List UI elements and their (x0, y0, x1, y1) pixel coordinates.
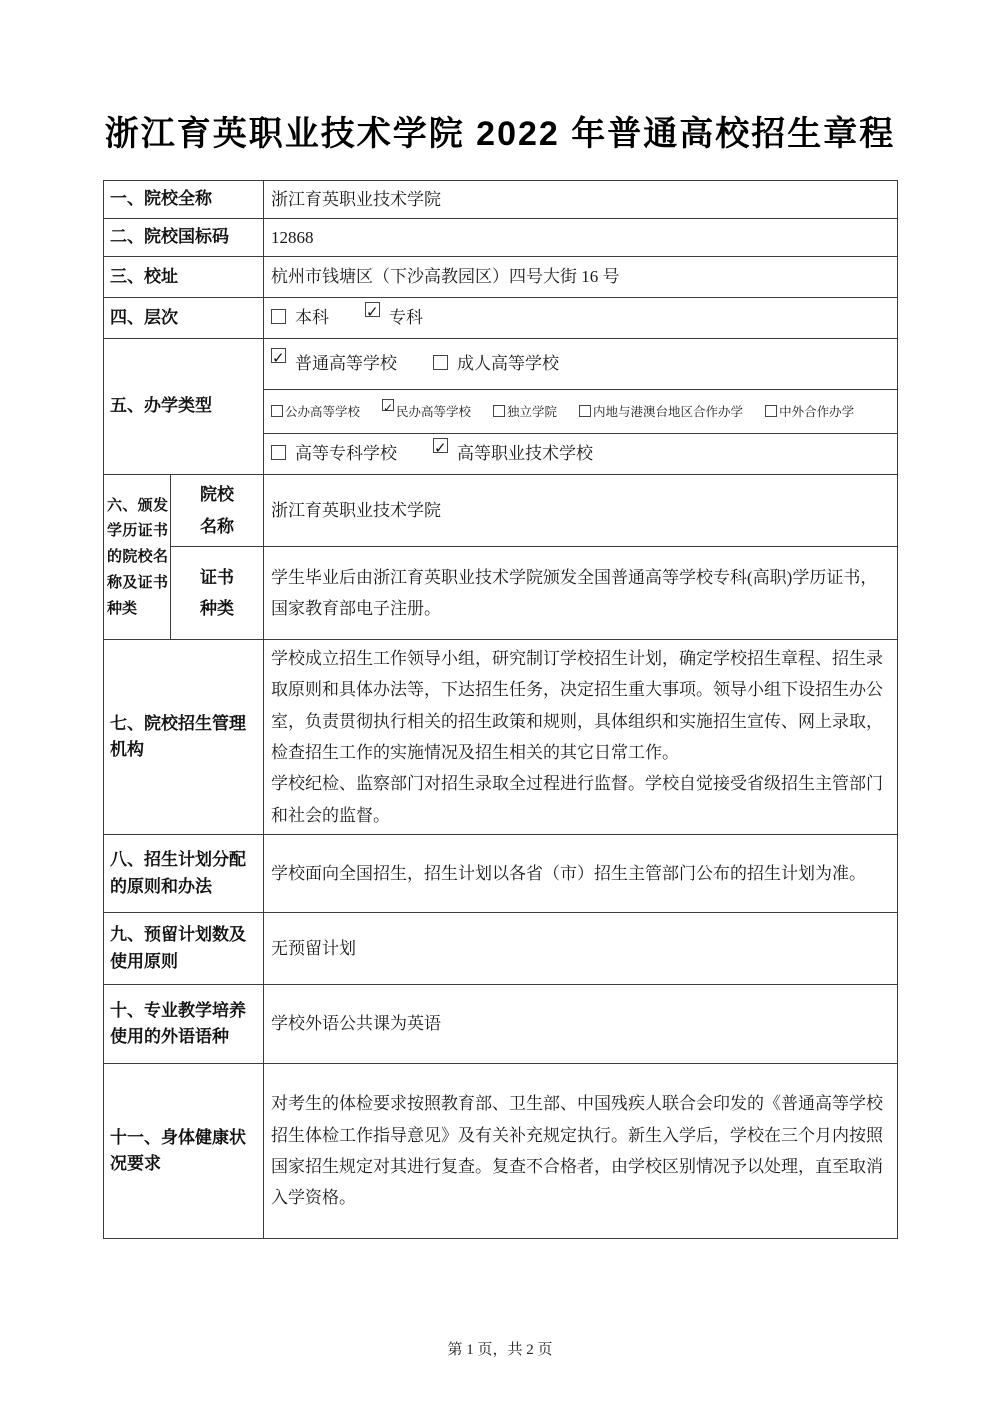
table-row: 七、院校招生管理机构 学校成立招生工作领导小组，研究制订学校招生计划，确定学校招… (104, 640, 898, 835)
table-row: 六、颁发学历证书的院校名称及证书种类 院校名称 浙江育英职业技术学院 (104, 475, 898, 547)
checkbox-option: 独立学院 (493, 405, 557, 419)
checkbox-unchecked-icon (579, 405, 591, 417)
row-label: 二、院校国标码 (104, 219, 264, 257)
checkbox-label: 公办高等学校 (285, 405, 360, 419)
checkbox-unchecked-icon (765, 405, 777, 417)
checkbox-checked-icon (433, 438, 448, 453)
table-row: 十一、身体健康状况要求 对考生的体检要求按照教育部、卫生部、中国残疾人联合会印发… (104, 1064, 898, 1239)
checkbox-label: 内地与港澳台地区合作办学 (593, 405, 743, 419)
row-label: 五、办学类型 (104, 339, 264, 475)
page-number: 第 1 页，共 2 页 (0, 1338, 1000, 1359)
table-row: 证书种类 学生毕业后由浙江育英职业技术学院颁发全国普通高等学校专科(高职)学历证… (104, 547, 898, 640)
table-row: 十、专业教学培养使用的外语语种 学校外语公共课为英语 (104, 985, 898, 1064)
checkbox-row: 普通高等学校成人高等学校 (264, 339, 898, 390)
row-label: 十一、身体健康状况要求 (104, 1064, 264, 1239)
row-label: 四、层次 (104, 298, 264, 339)
checkbox-label: 成人高等学校 (457, 354, 559, 373)
sub-row-label-text: 院校名称 (199, 479, 236, 542)
row-value: 学校成立招生工作领导小组，研究制订学校招生计划，确定学校招生章程、招生录取原则和… (264, 640, 898, 835)
checkbox-checked-icon (271, 348, 286, 363)
checkbox-option: 高等专科学校 (271, 444, 397, 463)
document-page: 浙江育英职业技术学院 2022 年普通高校招生章程 一、院校全称 浙江育英职业技… (0, 0, 1000, 1414)
row-value: 学校外语公共课为英语 (264, 985, 898, 1064)
checkbox-label: 本科 (295, 308, 329, 327)
checkbox-option: 专科 (365, 308, 423, 327)
checkbox-checked-icon (382, 399, 394, 411)
row-value: 学校面向全国招生，招生计划以各省（市）招生主管部门公布的招生计划为准。 (264, 835, 898, 913)
checkbox-label: 高等专科学校 (295, 444, 397, 463)
checkbox-option: 成人高等学校 (433, 354, 559, 373)
checkbox-label: 专科 (389, 308, 423, 327)
checkbox-unchecked-icon (271, 445, 286, 460)
checkbox-option: 内地与港澳台地区合作办学 (579, 405, 743, 419)
checkbox-unchecked-icon (433, 355, 448, 370)
checkbox-checked-icon (365, 302, 380, 317)
row-value: 对考生的体检要求按照教育部、卫生部、中国残疾人联合会印发的《普通高等学校招生体检… (264, 1064, 898, 1239)
row-value: 浙江育英职业技术学院 (264, 475, 898, 547)
checkbox-label: 普通高等学校 (295, 354, 397, 373)
row-value: 学生毕业后由浙江育英职业技术学院颁发全国普通高等学校专科(高职)学历证书，国家教… (264, 547, 898, 640)
checkbox-label: 中外合作办学 (779, 405, 854, 419)
checkbox-label: 独立学院 (507, 405, 557, 419)
sub-row-label: 院校名称 (171, 475, 264, 547)
sub-row-label-text: 证书种类 (199, 562, 236, 625)
checkbox-row: 本科专科 (264, 298, 898, 339)
row-value: 12868 (264, 219, 898, 257)
table-row: 二、院校国标码 12868 (104, 219, 898, 257)
paragraph: 学校成立招生工作领导小组，研究制订学校招生计划，确定学校招生章程、招生录取原则和… (271, 643, 890, 769)
checkbox-option: 高等职业技术学校 (433, 444, 593, 463)
charter-table: 一、院校全称 浙江育英职业技术学院 二、院校国标码 12868 三、校址 杭州市… (103, 180, 898, 1239)
checkbox-row: 高等专科学校高等职业技术学校 (264, 434, 898, 475)
checkbox-unchecked-icon (271, 405, 283, 417)
row-label: 九、预留计划数及使用原则 (104, 913, 264, 985)
row-label: 七、院校招生管理机构 (104, 640, 264, 835)
row-value: 浙江育英职业技术学院 (264, 181, 898, 219)
checkbox-label: 高等职业技术学校 (457, 444, 593, 463)
table-row: 九、预留计划数及使用原则 无预留计划 (104, 913, 898, 985)
checkbox-option: 本科 (271, 308, 329, 327)
checkbox-option: 民办高等学校 (382, 405, 471, 419)
row-label: 三、校址 (104, 257, 264, 298)
paragraph: 学校纪检、监察部门对招生录取全过程进行监督。学校自觉接受省级招生主管部门和社会的… (271, 768, 890, 831)
table-row: 五、办学类型 普通高等学校成人高等学校 (104, 339, 898, 390)
table-row: 三、校址 杭州市钱塘区（下沙高教园区）四号大街 16 号 (104, 257, 898, 298)
checkbox-unchecked-icon (271, 309, 286, 324)
checkbox-row: 公办高等学校民办高等学校独立学院内地与港澳台地区合作办学中外合作办学 (264, 390, 898, 434)
checkbox-option: 中外合作办学 (765, 405, 854, 419)
page-title: 浙江育英职业技术学院 2022 年普通高校招生章程 (0, 106, 1000, 155)
row-label: 十、专业教学培养使用的外语语种 (104, 985, 264, 1064)
checkbox-option: 公办高等学校 (271, 405, 360, 419)
checkbox-unchecked-icon (493, 405, 505, 417)
row-label: 八、招生计划分配的原则和办法 (104, 835, 264, 913)
checkbox-label: 民办高等学校 (396, 405, 471, 419)
table-row: 八、招生计划分配的原则和办法 学校面向全国招生，招生计划以各省（市）招生主管部门… (104, 835, 898, 913)
table-row: 一、院校全称 浙江育英职业技术学院 (104, 181, 898, 219)
row-label: 一、院校全称 (104, 181, 264, 219)
row-label: 六、颁发学历证书的院校名称及证书种类 (104, 475, 171, 640)
sub-row-label: 证书种类 (171, 547, 264, 640)
row-value: 杭州市钱塘区（下沙高教园区）四号大街 16 号 (264, 257, 898, 298)
table-row: 四、层次 本科专科 (104, 298, 898, 339)
checkbox-option: 普通高等学校 (271, 354, 397, 373)
row-value: 无预留计划 (264, 913, 898, 985)
